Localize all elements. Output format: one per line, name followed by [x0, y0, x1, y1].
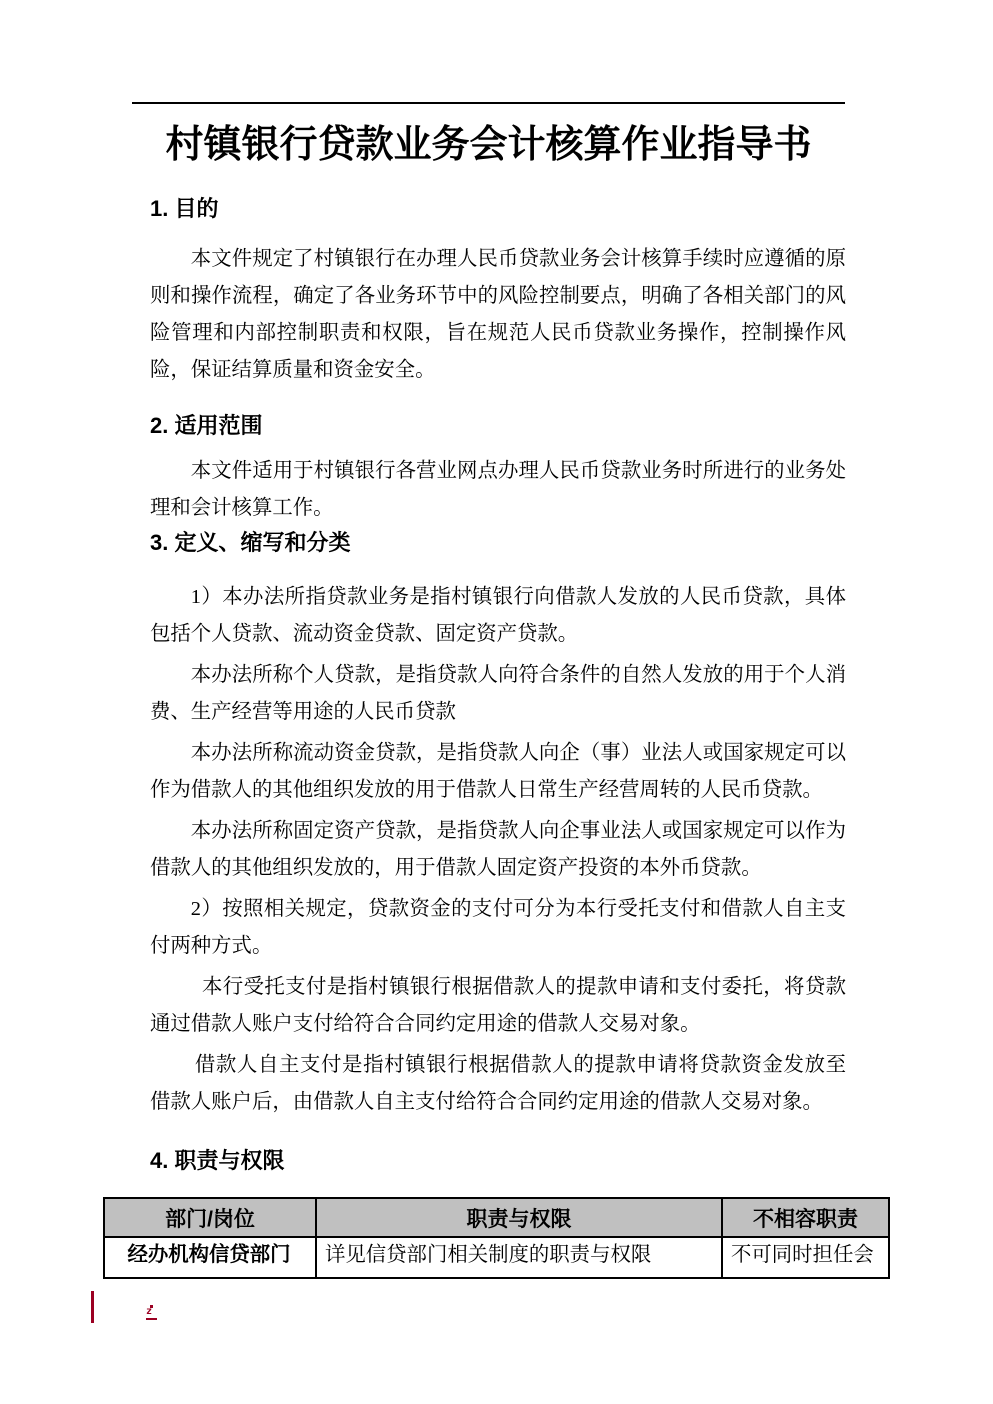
heading-purpose: 1. 目的 [150, 190, 845, 227]
paragraph-definition-working-capital-loan: 本办法所称流动资金贷款，是指贷款人向企（事）业法人或国家规定可以作为借款人的其他… [150, 735, 846, 809]
table-row: 经办机构信贷部门 详见信贷部门相关制度的职责与权限 不可同时担任会 [104, 1237, 889, 1278]
title-top-rule [132, 102, 845, 104]
revision-underline [146, 1318, 157, 1320]
document-title: 村镇银行贷款业务会计核算作业指导书 [132, 119, 845, 171]
cell-duty: 详见信贷部门相关制度的职责与权限 [316, 1237, 722, 1278]
paragraph-definition-fixed-asset-loan: 本办法所称固定资产贷款，是指贷款人向企事业法人或国家规定可以作为借款人的其他组织… [150, 813, 846, 887]
revision-change-bar [91, 1291, 94, 1323]
heading-definitions: 3. 定义、缩写和分类 [150, 524, 845, 561]
responsibilities-table: 部门/岗位 职责与权限 不相容职责 经办机构信贷部门 详见信贷部门相关制度的职责… [103, 1197, 890, 1279]
paragraph-scope: 本文件适用于村镇银行各营业网点办理人民币贷款业务时所进行的业务处理和会计核算工作… [150, 453, 846, 527]
paragraph-payment-methods: 2）按照相关规定，贷款资金的支付可分为本行受托支付和借款人自主支付两种方式。 [150, 891, 846, 965]
revision-mark: z [146, 1306, 152, 1317]
paragraph-definition-loan-business: 1）本办法所指贷款业务是指村镇银行向借款人发放的人民币贷款，具体包括个人贷款、流… [150, 579, 846, 653]
paragraph-entrusted-payment: 本行受托支付是指村镇银行根据借款人的提款申请和支付委托，将贷款通过借款人账户支付… [150, 969, 846, 1043]
column-header-incompatible: 不相容职责 [722, 1198, 889, 1237]
heading-responsibilities: 4. 职责与权限 [150, 1142, 845, 1179]
cell-department: 经办机构信贷部门 [104, 1237, 316, 1278]
document-page: 村镇银行贷款业务会计核算作业指导书 1. 目的 本文件规定了村镇银行在办理人民币… [0, 0, 993, 1404]
cell-incompatible: 不可同时担任会 [722, 1237, 889, 1278]
paragraph-independent-payment: 借款人自主支付是指村镇银行根据借款人的提款申请将贷款资金发放至借款人账户后，由借… [150, 1047, 846, 1121]
table-header-row: 部门/岗位 职责与权限 不相容职责 [104, 1198, 889, 1237]
paragraph-purpose: 本文件规定了村镇银行在办理人民币贷款业务会计核算手续时应遵循的原则和操作流程，确… [150, 241, 846, 389]
paragraph-definition-personal-loan: 本办法所称个人贷款，是指贷款人向符合条件的自然人发放的用于个人消费、生产经营等用… [150, 657, 846, 731]
column-header-department: 部门/岗位 [104, 1198, 316, 1237]
column-header-duty: 职责与权限 [316, 1198, 722, 1237]
heading-scope: 2. 适用范围 [150, 407, 845, 444]
